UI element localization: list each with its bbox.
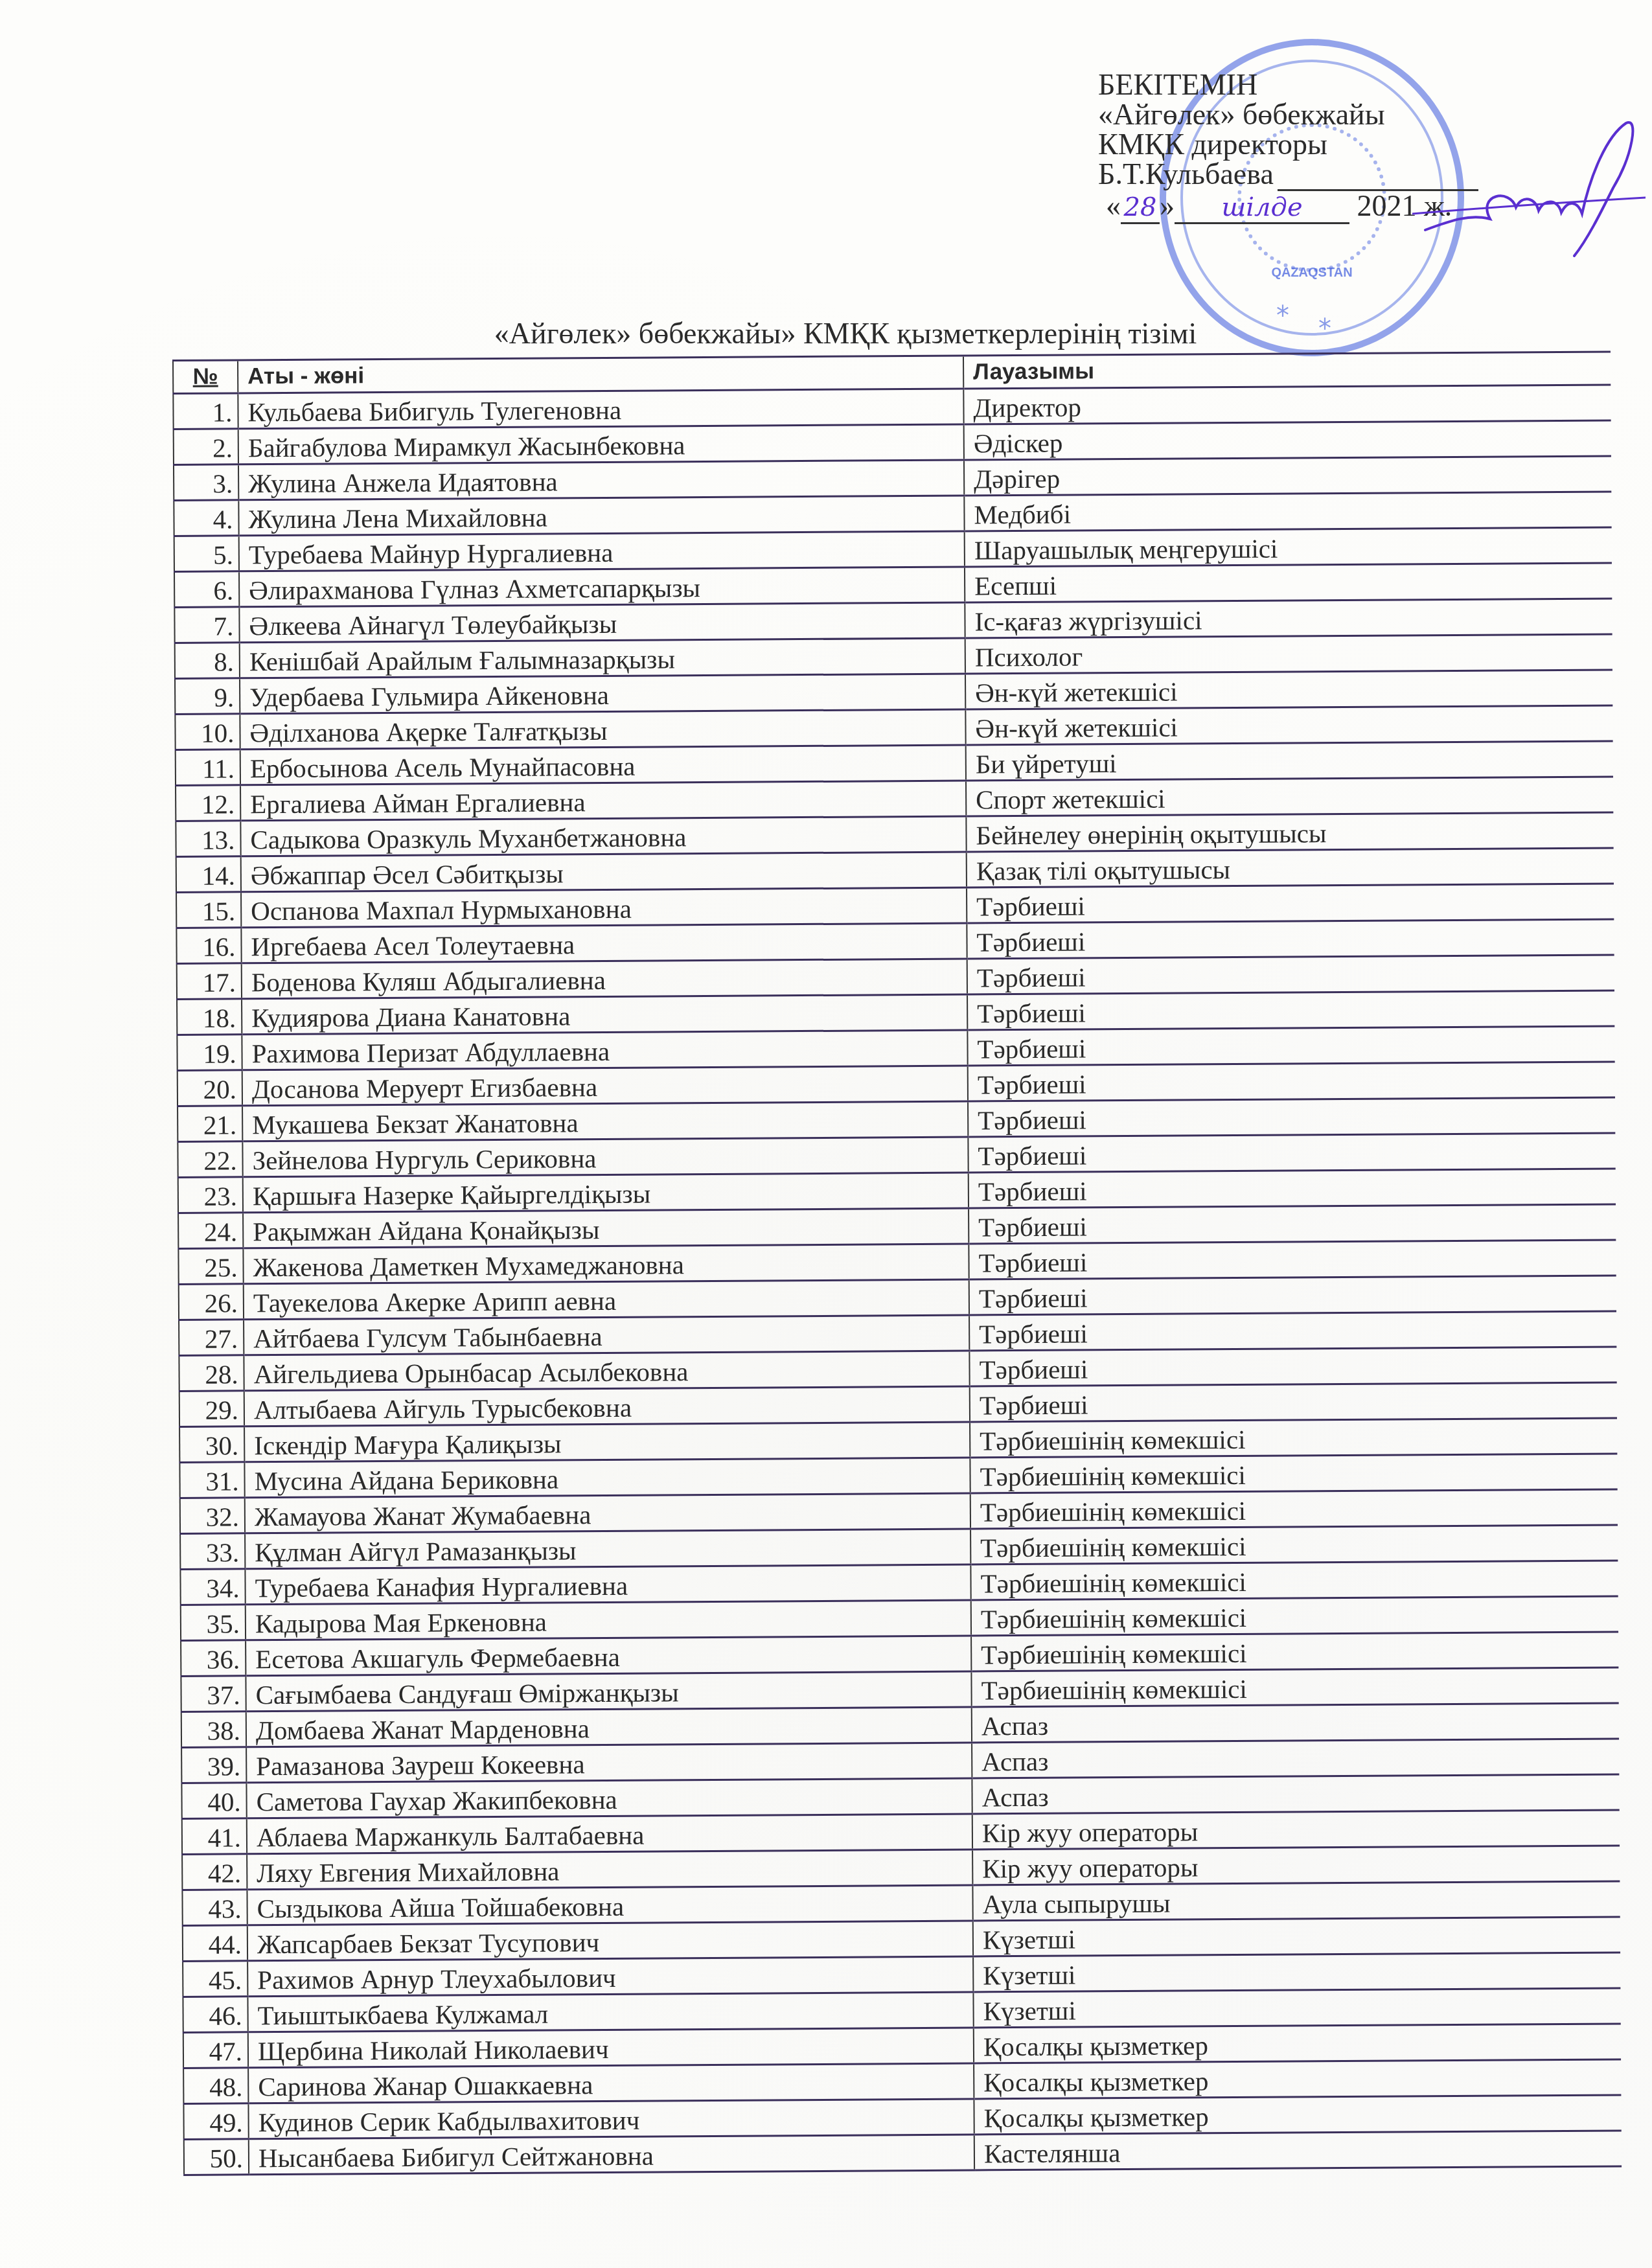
employee-name: Зейнелова Нургуль Сериковна [242, 1137, 968, 1177]
row-number: 39. [181, 1747, 246, 1783]
employee-position: Би үйретуші [966, 741, 1613, 781]
employee-position: Қосалқы қызметкер [974, 2059, 1621, 2099]
row-number: 41. [182, 1818, 247, 1855]
row-number: 37. [181, 1676, 246, 1712]
staff-table: № Аты - жөні Лауазымы 1.Кульбаева Бибигу… [172, 350, 1622, 2176]
header-name: Аты - жөні [238, 356, 963, 393]
employee-position: Тәрбиеші [967, 919, 1614, 959]
employee-position: Тәрбиеші [969, 1276, 1616, 1315]
employee-name: Садыкова Оразкуль Муханбетжановна [240, 816, 966, 856]
employee-position: Тәрбиеші [969, 1347, 1616, 1386]
header-position: Лауазымы [963, 352, 1611, 389]
employee-position: Психолог [965, 634, 1612, 674]
employee-name: Домбаева Жанат Марденовна [246, 1707, 972, 1747]
employee-position: Тәрбиешінің көмекшісі [970, 1454, 1617, 1493]
row-number: 22. [178, 1141, 242, 1178]
employee-name: Айтбаева Гулсум Табынбаевна [244, 1315, 969, 1355]
employee-name: Есетова Акшагуль Фермебаевна [246, 1636, 971, 1676]
employee-position: Ән-күй жетекшісі [965, 705, 1612, 745]
employee-position: Қосалқы қызметкер [974, 2024, 1621, 2063]
employee-name: Айгельдиева Орынбасар Асылбековна [244, 1351, 969, 1391]
row-number: 34. [180, 1569, 245, 1605]
employee-position: Тәрбиешінің көмекшісі [970, 1418, 1617, 1458]
employee-position: Қосалқы қызметкер [974, 2095, 1621, 2135]
employee-name: Саринова Жанар Ошаккаевна [248, 2063, 974, 2103]
employee-name: Әлирахманова Гүлназ Ахметсапарқызы [239, 567, 965, 607]
employee-position: Тәрбиеші [968, 1133, 1615, 1173]
stamp-emblem-label: QAZAQSTAN [1263, 266, 1360, 281]
employee-name: Ербосынова Асель Мунайпасовна [240, 745, 966, 785]
row-number: 42. [182, 1854, 247, 1890]
employee-position: Тәрбиеші [969, 1204, 1616, 1244]
staff-table-body: 1.Кульбаева Бибигуль ТулегеновнаДиректор… [173, 385, 1622, 2175]
row-number: 17. [177, 963, 242, 1000]
row-number: 13. [176, 821, 240, 857]
employee-position: Тәрбиешінің көмекшісі [971, 1632, 1618, 1671]
employee-position: Шаруашылық меңгерушісі [965, 527, 1612, 567]
employee-position: Ән-күй жетекшісі [965, 670, 1612, 709]
row-number: 35. [181, 1605, 246, 1641]
employee-name: Иргебаева Асел Толеутаевна [241, 923, 967, 963]
employee-position: Тәрбиешінің көмекшісі [970, 1561, 1618, 1600]
employee-name: Мукашева Бекзат Жанатовна [242, 1101, 968, 1141]
row-number: 26. [179, 1284, 244, 1320]
employee-name: Әлкеева Айнагүл Төлеубайқызы [239, 602, 965, 643]
employee-position: Тәрбиеші [969, 1240, 1616, 1279]
row-number: 45. [183, 1961, 247, 1997]
row-number: 28. [179, 1355, 244, 1392]
employee-position: Тәрбиеші [968, 1097, 1615, 1137]
employee-position: Аула сыпырушы [972, 1881, 1620, 1921]
employee-position: Аспаз [972, 1739, 1619, 1778]
row-number: 44. [183, 1925, 247, 1962]
row-number: 29. [179, 1391, 244, 1427]
employee-position: Тәрбиешінің көмекшісі [971, 1596, 1618, 1636]
employee-name: Сағымбаева Сандуғаш Өміржанқызы [246, 1671, 971, 1712]
employee-position: Кір жуу операторы [972, 1810, 1620, 1850]
row-number: 3. [174, 464, 238, 501]
date-open-quote: « [1106, 189, 1121, 222]
employee-name: Алтыбаева Айгуль Турысбековна [244, 1386, 970, 1426]
employee-name: Туребаева Майнур Нургалиевна [239, 531, 965, 571]
row-number: 10. [175, 714, 240, 750]
date-close-quote: » [1160, 189, 1175, 222]
employee-name: Құлман Айгүл Рамазанқызы [245, 1529, 970, 1569]
date-day: 28 [1121, 192, 1160, 224]
row-number: 18. [177, 999, 242, 1035]
employee-name: Кульбаева Бибигуль Тулегеновна [238, 389, 963, 429]
employee-position: Күзетші [973, 1917, 1620, 1956]
employee-position: Күзетші [973, 1953, 1620, 1992]
row-number: 25. [178, 1248, 243, 1285]
employee-name: Әбжаппар Әсел Сәбитқызы [241, 852, 967, 892]
employee-name: Әділханова Ақерке Талғатқызы [240, 709, 965, 750]
employee-position: Есепші [965, 563, 1612, 602]
row-number: 27. [179, 1320, 244, 1356]
employee-name: Жамауова Жанат Жумабаевна [245, 1493, 970, 1533]
row-number: 38. [181, 1712, 246, 1748]
employee-position: Кір жуу операторы [972, 1846, 1620, 1885]
row-number: 7. [174, 607, 239, 643]
row-number: 24. [178, 1213, 243, 1249]
employee-position: Тәрбиешінің көмекшісі [971, 1667, 1618, 1707]
employee-position: Тәрбиеші [967, 991, 1614, 1030]
employee-name: Рахимов Арнур Тлеухабылович [247, 1956, 973, 1997]
employee-name: Оспанова Махпал Нурмыхановна [241, 888, 967, 928]
employee-position: Тәрбиешінің көмекшісі [970, 1525, 1618, 1564]
row-number: 21. [178, 1106, 242, 1142]
employee-position: Аспаз [972, 1703, 1619, 1743]
employee-position: Дәрігер [964, 456, 1611, 496]
employee-name: Боденова Куляш Абдыгалиевна [242, 959, 967, 999]
employee-name: Іскендір Мағура Қалиқызы [244, 1422, 970, 1462]
employee-name: Ергалиева Айман Ергалиевна [240, 781, 966, 821]
employee-position: Тәрбиеші [967, 884, 1614, 923]
employee-position: Қазақ тілі оқытушысы [967, 848, 1614, 888]
employee-name: Кудинов Серик Кабдылвахитович [248, 2099, 974, 2139]
row-number: 47. [183, 2032, 248, 2068]
employee-name: Кудиярова Диана Канатовна [242, 994, 967, 1035]
employee-position: Бейнелеу өнерінің оқытушысы [966, 812, 1613, 852]
employee-name: Досанова Меруерт Егизбаевна [242, 1066, 968, 1106]
employee-position: Тәрбиеші [967, 955, 1614, 994]
row-number: 2. [174, 429, 238, 465]
employee-name: Тиыштыкбаева Кулжамал [247, 1992, 973, 2032]
row-number: 14. [176, 856, 241, 893]
employee-name: Удербаева Гульмира Айкеновна [240, 674, 965, 714]
employee-position: Медбибі [964, 492, 1611, 531]
row-number: 19. [177, 1035, 242, 1071]
employee-position: Тәрбиеші [968, 1062, 1615, 1101]
employee-name: Жапсарбаев Бекзат Тусупович [247, 1921, 973, 1961]
row-number: 23. [178, 1177, 243, 1213]
employee-name: Саметова Гаухар Жакипбековна [246, 1778, 972, 1818]
employee-position: Тәрбиешінің көмекшісі [970, 1489, 1618, 1529]
row-number: 1. [173, 393, 238, 430]
employee-name: Нысанбаева Бибигул Сейтжановна [249, 2135, 974, 2175]
employee-name: Рахимова Перизат Абдуллаевна [242, 1030, 967, 1070]
employee-position: Тәрбиеші [969, 1311, 1616, 1351]
header-number: № [173, 360, 238, 394]
row-number: 43. [182, 1890, 247, 1926]
employee-position: Әдіскер [964, 420, 1611, 460]
row-number: 15. [176, 892, 241, 928]
row-number: 32. [180, 1498, 245, 1534]
employee-name: Мусина Айдана Бериковна [244, 1458, 970, 1498]
employee-position: Директор [963, 385, 1611, 424]
handwritten-signature [1412, 117, 1646, 266]
row-number: 46. [183, 1997, 247, 2033]
row-number: 8. [175, 643, 240, 679]
row-number: 16. [176, 928, 241, 964]
row-number: 4. [174, 500, 238, 536]
employee-name: Рақымжан Айдана Қонайқызы [243, 1208, 969, 1248]
employee-name: Кадырова Мая Еркеновна [246, 1600, 971, 1640]
row-number: 11. [176, 750, 240, 786]
employee-position: Спорт жетекшісі [966, 777, 1613, 816]
row-number: 33. [180, 1533, 245, 1570]
row-number: 30. [179, 1426, 244, 1463]
employee-name: Тауекелова Акерке Арипп аевна [244, 1279, 969, 1320]
employee-name: Жакенова Даметкен Мухамеджановна [243, 1244, 969, 1284]
employee-name: Сыздыкова Айша Тойшабековна [247, 1885, 972, 1925]
employee-name: Аблаева Маржанкуль Балтабаевна [247, 1814, 972, 1854]
row-number: 49. [183, 2103, 248, 2140]
employee-name: Қаршыға Назерке Қайыргелдіқызы [243, 1173, 969, 1213]
row-number: 36. [181, 1640, 246, 1677]
employee-name: Щербина Николай Николаевич [248, 2028, 974, 2068]
employee-position: Кастелянша [974, 2131, 1622, 2170]
document-title: «Айгөлек» бөбекжайы» КМҚК қызметкерлерін… [0, 316, 1652, 350]
employee-name: Жулина Лена Михайловна [238, 496, 964, 536]
employee-name: Кенішбай Арайлым Ғалымназарқызы [240, 638, 965, 678]
employee-position: Тәрбиеші [969, 1169, 1616, 1208]
employee-name: Рамазанова Зауреш Кокеевна [246, 1743, 972, 1783]
employee-name: Туребаева Канафия Нургалиевна [245, 1564, 970, 1605]
approval-heading: БЕКІТЕМІН [1098, 70, 1478, 100]
employee-name: Ляху Евгения Михайловна [247, 1850, 972, 1890]
row-number: 20. [178, 1070, 242, 1106]
employee-name: Жулина Анжела Идаятовна [238, 460, 964, 500]
row-number: 6. [174, 571, 239, 608]
row-number: 9. [175, 678, 240, 715]
row-number: 31. [179, 1462, 244, 1498]
employee-name: Байгабулова Мирамкул Жасынбековна [238, 424, 964, 464]
employee-position: Тәрбиеші [970, 1382, 1617, 1422]
employee-position: Іс-қағаз жүргізушісі [965, 599, 1612, 638]
row-number: 5. [174, 536, 239, 572]
date-month: шілде [1175, 192, 1349, 224]
employee-position: Тәрбиеші [967, 1026, 1614, 1066]
employee-position: Аспаз [972, 1774, 1619, 1814]
row-number: 40. [181, 1783, 246, 1819]
row-number: 12. [176, 785, 240, 821]
row-number: 48. [183, 2068, 248, 2104]
signatory-name: Б.Т.Кульбаева [1098, 157, 1274, 190]
employee-position: Күзетші [973, 1988, 1620, 2028]
row-number: 50. [184, 2139, 249, 2175]
